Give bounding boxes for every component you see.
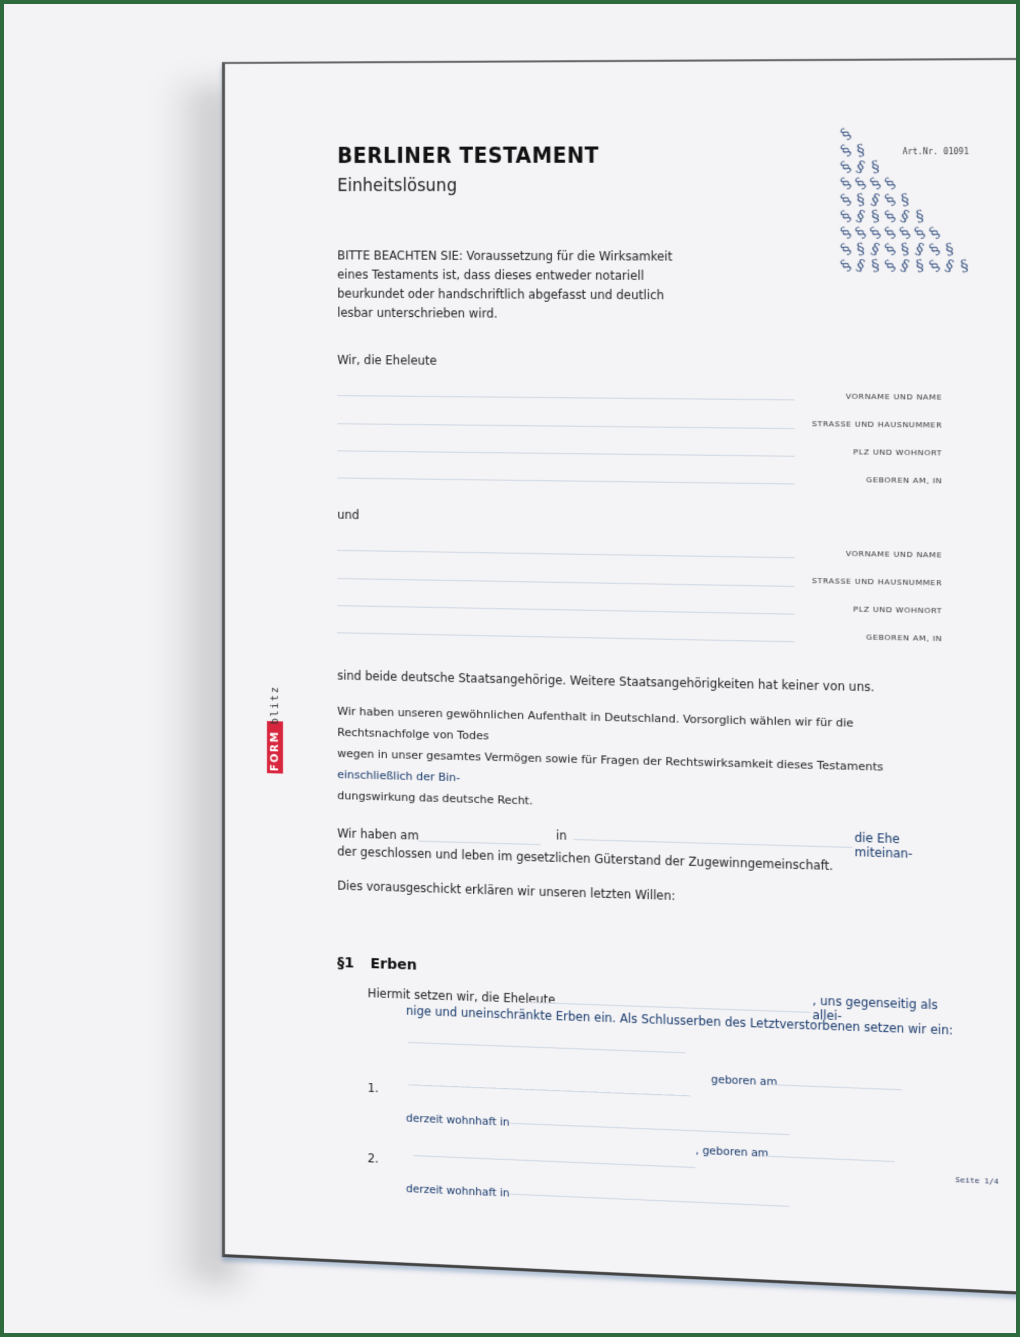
heir-2-residence-label: derzeit wohnhaft in [406,1183,510,1200]
heir-2-name-input[interactable] [413,1155,695,1168]
residence-line-2-highlight: einschließlich der Bin- [337,768,460,784]
validity-notice: BITTE BEACHTEN SIE: Voraussetzung für di… [337,246,674,324]
stage: §§§§§§§§§§§§§§§§§§§§§§§§§§§§§§§§§§§§§§§§… [4,4,1016,1333]
spouse1-street-input[interactable] [337,423,794,429]
brand-blitz-text: blitz [269,685,281,730]
spouse2-birth-label: GEBOREN AM, IN [866,632,942,643]
spouse2-street-input[interactable] [337,578,794,587]
residence-paragraph: Wir haben unseren gewöhnlichen Aufenthal… [337,701,942,823]
heir-1-born-label: geboren am [711,1074,777,1089]
section-title: Erben [370,956,417,974]
spouse1-street-label: STRASSE UND HAUSNUMMER [812,419,942,430]
spouse2-street-label: STRASSE UND HAUSNUMMER [812,576,942,587]
spouse1-name-input[interactable] [337,395,794,400]
formblitz-logo: FORMblitz [267,677,283,774]
document-subtitle: Einheitslösung [337,175,942,197]
marriage-paragraph: Wir haben am in die Ehe miteinan- der ge… [337,820,942,878]
heirs-list: 1. geboren am derzeit wohnhaft in 2. , g… [368,1051,943,1238]
marriage-date-label: Wir haben am [337,826,419,842]
spouse2-city-input[interactable] [337,605,794,614]
spouse1-city-label: PLZ UND WOHNORT [853,447,942,457]
paragraph-symbol-icon: § [959,256,970,276]
heir-1-residence-label: derzeit wohnhaft in [406,1112,510,1128]
brand-form-text: FORM [269,730,281,771]
spouse2-name-input[interactable] [337,550,794,558]
spouse1-birth-label: GEBOREN AM, IN [866,475,942,485]
page-number: Seite 1/4 [955,1175,998,1186]
section-number: §1 [337,955,354,972]
marriage-place-input[interactable] [573,839,852,848]
heir-1-birthdate-input[interactable] [771,1084,902,1090]
document-page: §§§§§§§§§§§§§§§§§§§§§§§§§§§§§§§§§§§§§§§§… [222,58,1016,1295]
spouse1-fields: VORNAME UND NAME STRASSE UND HAUSNUMMER … [337,367,942,496]
heir-2-born-label: , geboren am [695,1145,768,1160]
extra-fill-line[interactable] [408,1042,685,1053]
heir-1-name-input[interactable] [408,1084,690,1096]
spouse1-birth-input[interactable] [337,477,794,484]
marriage-line-2: der geschlossen und leben im gesetzliche… [337,844,833,873]
heirs-line-1: Hiermit setzen wir, die Eheleute [368,986,556,1007]
document-content: BERLINER TESTAMENT Einheitslösung BITTE … [337,143,942,1237]
heir-1-residence-input[interactable] [510,1123,789,1135]
heir-1-index: 1. [368,1081,379,1096]
spouse2-city-label: PLZ UND WOHNORT [853,604,942,615]
citizenship-text: sind beide deutsche Staatsangehörige. We… [337,668,942,695]
heir-2-index: 2. [368,1151,379,1166]
spouse1-city-input[interactable] [337,450,794,456]
paragraph-symbol-icon: § [942,256,956,276]
marriage-date-input[interactable] [418,841,540,846]
spouse2-name-label: VORNAME UND NAME [846,549,942,560]
document-title: BERLINER TESTAMENT [337,143,942,169]
preamble-end: Dies vorausgeschickt erklären wir unsere… [337,879,942,912]
spouse2-birth-input[interactable] [337,632,794,642]
spouse2-fields: VORNAME UND NAME STRASSE UND HAUSNUMMER … [337,522,942,655]
marriage-place-label: in [556,828,567,843]
marriage-text-end: die Ehe miteinan- [855,831,943,862]
spouse1-name-label: VORNAME UND NAME [846,392,942,402]
heir-2-residence-input[interactable] [510,1194,789,1207]
heir-2-birthdate-input[interactable] [763,1156,894,1163]
